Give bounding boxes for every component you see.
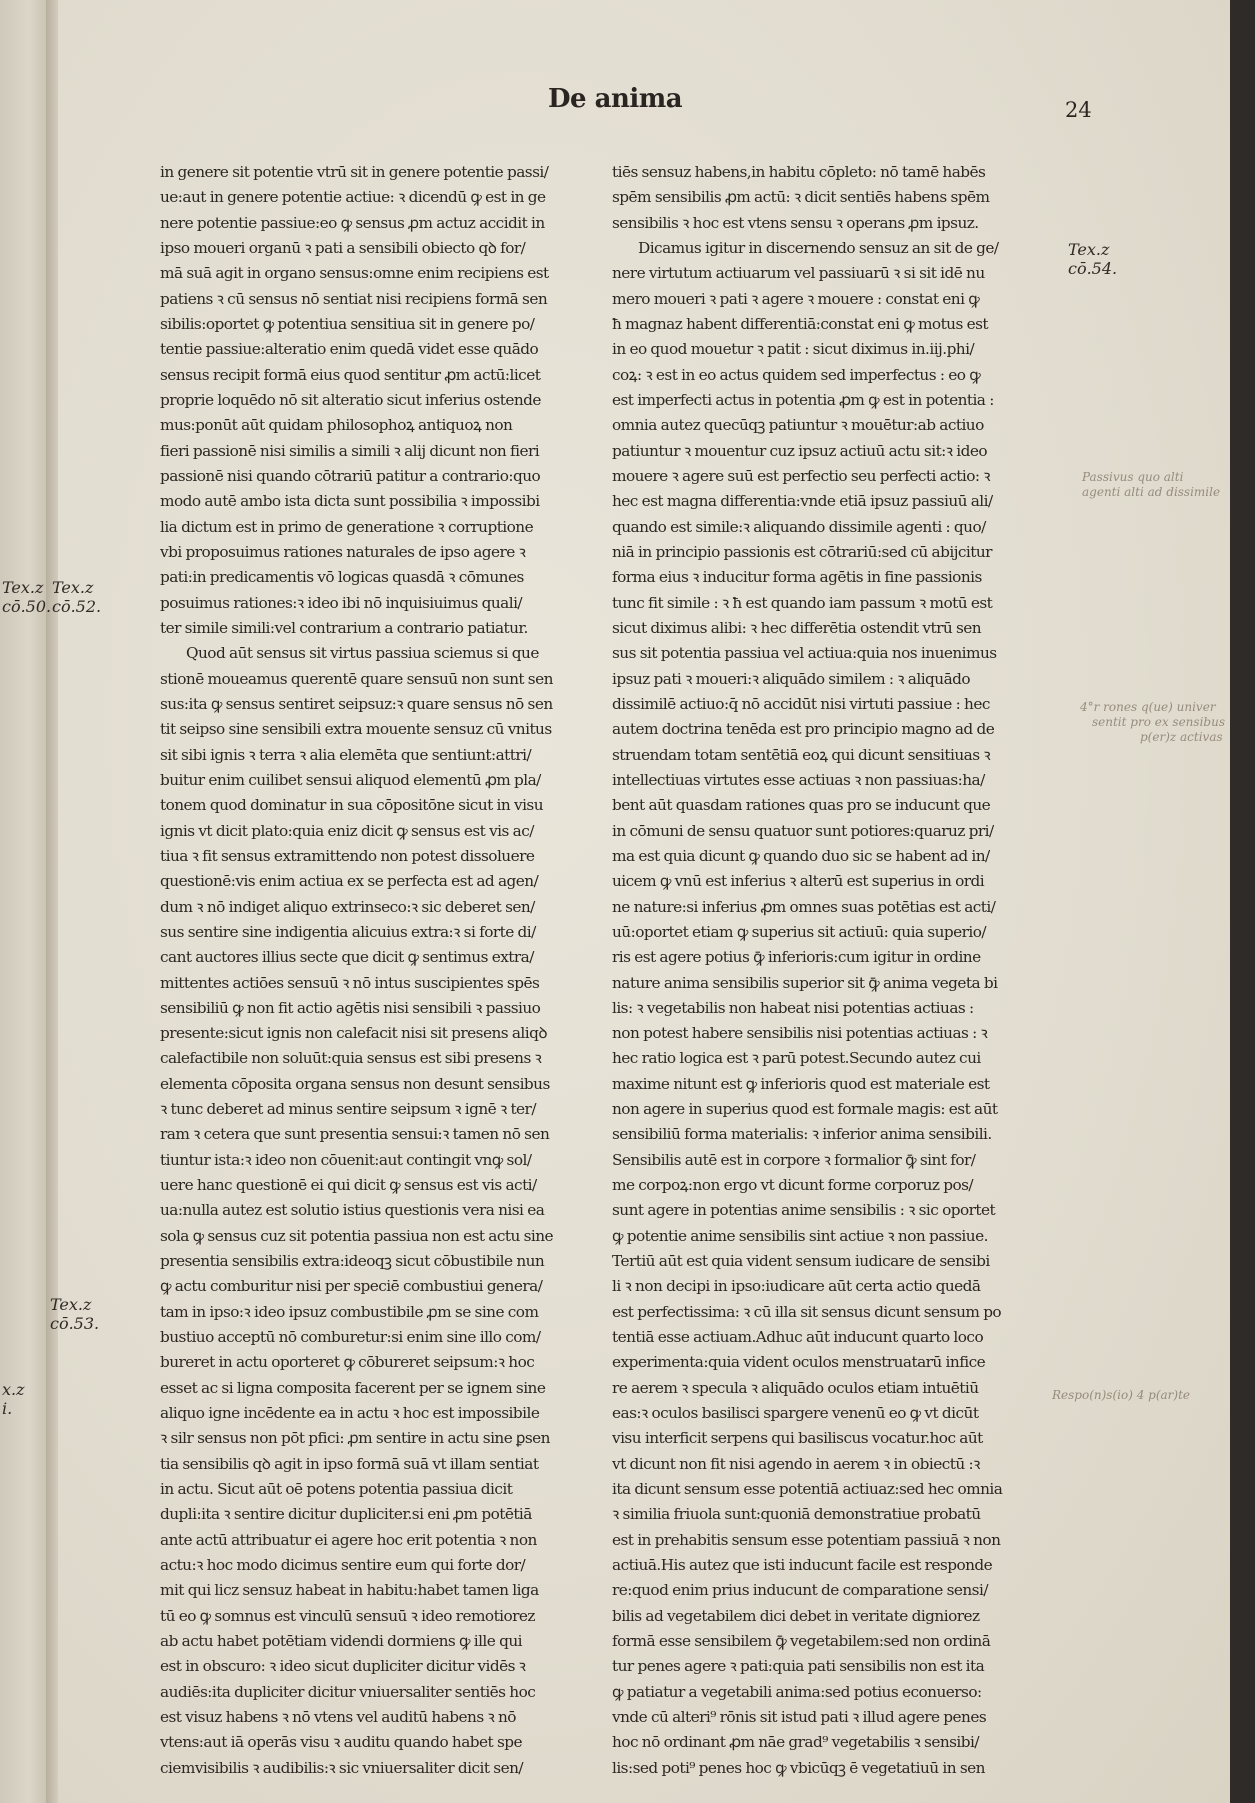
text-line: tunc fit simile : ꝛ ħ est quando iam pas…: [612, 591, 1032, 616]
text-line: nere potentie passiue:eo ꝙ sensus ꝓm act…: [160, 211, 580, 236]
text-line: audiēs:ita dupliciter dicitur vniuersali…: [160, 1680, 580, 1705]
text-line: ua:nulla autez est solutio istius questi…: [160, 1198, 580, 1223]
text-line: dum ꝛ nō indiget aliquo extrinseco:ꝛ sic…: [160, 895, 580, 920]
text-line: lis: ꝛ vegetabilis non habeat nisi poten…: [612, 996, 1032, 1021]
text-line: spēm sensibilis ꝓm actū: ꝛ dicit sentiēs…: [612, 185, 1032, 210]
text-line: tit seipso sine sensibili extra mouente …: [160, 717, 580, 742]
handwritten-annotation: Respo(n)s(io) 4 p(ar)te: [1052, 1388, 1190, 1403]
text-line: proprie loquēdo nō sit alteratio sicut i…: [160, 388, 580, 413]
text-line: uicem ꝙ vnū est inferius ꝛ alterū est su…: [612, 869, 1032, 894]
text-line: ris est agere potius ꝙ̄ inferioris:cum i…: [612, 945, 1032, 970]
text-line: calefactibile non soluūt:quia sensus est…: [160, 1046, 580, 1071]
text-line: me corpoꝝ:non ergo vt dicunt forme corpo…: [612, 1173, 1032, 1198]
text-line: struendam totam sentētiā eoꝝ qui dicunt …: [612, 743, 1032, 768]
text-line: mit qui licz sensuz habeat in habitu:hab…: [160, 1578, 580, 1603]
text-line: hec est magna differentia:vnde etiā ipsu…: [612, 489, 1032, 514]
text-line: quando est simile:ꝛ aliquando dissimile …: [612, 515, 1032, 540]
text-line: ita dicunt sensum esse potentiā actiuaz:…: [612, 1477, 1032, 1502]
text-line: dupli:ita ꝛ sentire dicitur dupliciter.s…: [160, 1502, 580, 1527]
text-line: in actu. Sicut aūt oē potens potentia pa…: [160, 1477, 580, 1502]
text-line: experimenta:quia vident oculos menstruat…: [612, 1350, 1032, 1375]
text-line: tam in ipso:ꝛ ideo ipsuz combustibile ꝓm…: [160, 1300, 580, 1325]
text-line: ipsuz pati ꝛ moueri:ꝛ aliquādo similem :…: [612, 667, 1032, 692]
text-line: sus sentire sine indigentia alicuius ext…: [160, 920, 580, 945]
text-line: coꝝ: ꝛ est in eo actus quidem sed imperf…: [612, 363, 1032, 388]
text-line: est in prehabitis sensum esse potentiam …: [612, 1528, 1032, 1553]
text-line: non agere in superius quod est formale m…: [612, 1097, 1032, 1122]
text-line: sola ꝙ sensus cuz sit potentia passiua n…: [160, 1224, 580, 1249]
text-line: est in obscuro: ꝛ ideo sicut dupliciter …: [160, 1654, 580, 1679]
text-line: omnia autez quecūqꝫ patiuntur ꝛ mouētur:…: [612, 413, 1032, 438]
text-line: tū eo ꝙ somnus est vinculū sensuū ꝛ ideo…: [160, 1604, 580, 1629]
text-line: ab actu habet potētiam videndi dormiens …: [160, 1629, 580, 1654]
text-line: bilis ad vegetabilem dici debet in verit…: [612, 1604, 1032, 1629]
handwritten-annotation: Passivus quo alti agenti alti ad dissimi…: [1082, 470, 1220, 500]
text-line: li ꝛ non decipi in ipso:iudicare aūt cer…: [612, 1274, 1032, 1299]
text-line: actiuā.His autez que isti inducunt facil…: [612, 1553, 1032, 1578]
text-line: vtens:aut iā operās visu ꝛ auditu quando…: [160, 1730, 580, 1755]
text-line: passionē nisi quando cōtrariū patitur a …: [160, 464, 580, 489]
text-column-left: in genere sit potentie vtrū sit in gener…: [160, 160, 580, 1781]
text-line: sibilis:oportet ꝙ potentiua sensitiua si…: [160, 312, 580, 337]
text-line: re aerem ꝛ specula ꝛ aliquādo oculos eti…: [612, 1376, 1032, 1401]
text-line: non potest habere sensibilis nisi potent…: [612, 1021, 1032, 1046]
text-line: elementa cōposita organa sensus non desu…: [160, 1072, 580, 1097]
text-line: presentia sensibilis extra:ideoqꝫ sicut …: [160, 1249, 580, 1274]
text-line: bent aūt quasdam rationes quas pro se in…: [612, 793, 1032, 818]
text-line: niā in principio passionis est cōtrariū:…: [612, 540, 1032, 565]
text-line: actu:ꝛ hoc modo dicimus sentire eum qui …: [160, 1553, 580, 1578]
text-line: forma eius ꝛ inducitur forma agētis in f…: [612, 565, 1032, 590]
text-line: sicut diximus alibi: ꝛ hec differētia os…: [612, 616, 1032, 641]
margin-text-reference-52: Tex.z cō.52.: [52, 578, 101, 616]
text-line: ignis vt dicit plato:quia eniz dicit ꝙ s…: [160, 819, 580, 844]
text-line: ꝛ silr sensus non pōt pfici: ꝓm sentire …: [160, 1426, 580, 1451]
text-line: vt dicunt non fit nisi agendo in aerem ꝛ…: [612, 1452, 1032, 1477]
margin-text-reference-54: Tex.z cō.54.: [1068, 240, 1117, 278]
text-line: maxime nitunt est ꝙ inferioris quod est …: [612, 1072, 1032, 1097]
handwritten-annotation: 4°r rones q(ue) univer sentit pro ex sen…: [1080, 700, 1225, 745]
text-line: bustiuo acceptū nō comburetur:si enim si…: [160, 1325, 580, 1350]
facing-margin-note: x.z i.: [2, 1380, 25, 1418]
text-line: tentiā esse actiuam.Adhuc aūt inducunt q…: [612, 1325, 1032, 1350]
text-line: in genere sit potentie vtrū sit in gener…: [160, 160, 580, 185]
text-line: sus:ita ꝙ sensus sentiret seipsuz:ꝛ quar…: [160, 692, 580, 717]
text-line: ma est quia dicunt ꝙ quando duo sic se h…: [612, 844, 1032, 869]
text-line: esset ac si ligna composita facerent per…: [160, 1376, 580, 1401]
text-line: Tertiū aūt est quia vident sensum iudica…: [612, 1249, 1032, 1274]
text-line: nature anima sensibilis superior sit ꝙ̄ …: [612, 971, 1032, 996]
text-line: est perfectissima: ꝛ cū illa sit sensus …: [612, 1300, 1032, 1325]
text-line: ciemvisibilis ꝛ audibilis:ꝛ sic vniuersa…: [160, 1756, 580, 1781]
text-line: tentie passiue:alteratio enim quedā vide…: [160, 337, 580, 362]
margin-text-reference-53: Tex.z cō.53.: [50, 1295, 99, 1333]
text-line: hec ratio logica est ꝛ parū potest.Secun…: [612, 1046, 1032, 1071]
text-line: vnde cū alteri⁹ rōnis sit istud pati ꝛ i…: [612, 1705, 1032, 1730]
text-line: tonem quod dominatur in sua cōpositōne s…: [160, 793, 580, 818]
running-head: De anima: [548, 84, 682, 114]
text-line: est visuz habens ꝛ nō vtens vel auditū h…: [160, 1705, 580, 1730]
text-line: aliquo igne incēdente ea in actu ꝛ hoc e…: [160, 1401, 580, 1426]
facing-page-edge: [0, 0, 48, 1803]
text-line: sus sit potentia passiua vel actiua:quia…: [612, 641, 1032, 666]
text-line: est imperfecti actus in potentia ꝓm ꝙ es…: [612, 388, 1032, 413]
text-line: ꝙ patiatur a vegetabili anima:sed potius…: [612, 1680, 1032, 1705]
text-line: sensibilis ꝛ hoc est vtens sensu ꝛ opera…: [612, 211, 1032, 236]
text-line: ter simile simili:vel contrarium a contr…: [160, 616, 580, 641]
text-line: mouere ꝛ agere suū est perfectio seu per…: [612, 464, 1032, 489]
text-line: mā suā agit in organo sensus:omne enim r…: [160, 261, 580, 286]
text-line: ue:aut in genere potentie actiue: ꝛ dice…: [160, 185, 580, 210]
text-line: ram ꝛ cetera que sunt presentia sensui:ꝛ…: [160, 1122, 580, 1147]
text-line: uū:oportet etiam ꝙ superius sit actiuū: …: [612, 920, 1032, 945]
text-line: visu interficit serpens qui basiliscus v…: [612, 1426, 1032, 1451]
text-line: sensus recipit formā eius quod sentitur …: [160, 363, 580, 388]
text-line: formā esse sensibilem ꝙ̄ vegetabilem:sed…: [612, 1629, 1032, 1654]
text-line: ꝙ potentie anime sensibilis sint actiue …: [612, 1224, 1032, 1249]
text-line: ꝙ actu comburitur nisi per speciē combus…: [160, 1274, 580, 1299]
text-line: tur penes agere ꝛ pati:quia pati sensibi…: [612, 1654, 1032, 1679]
text-line: mero moueri ꝛ pati ꝛ agere ꝛ mouere : co…: [612, 287, 1032, 312]
text-line: Sensibilis autē est in corpore ꝛ formali…: [612, 1148, 1032, 1173]
text-line: tiuntur ista:ꝛ ideo non cōuenit:aut cont…: [160, 1148, 580, 1173]
text-line: Quod aūt sensus sit virtus passiua sciem…: [160, 641, 580, 666]
text-line: stionē moueamus querentē quare sensuū no…: [160, 667, 580, 692]
text-line: questionē:vis enim actiua ex se perfecta…: [160, 869, 580, 894]
text-line: lis:sed poti⁹ penes hoc ꝙ vbicūqꝫ ē vege…: [612, 1756, 1032, 1781]
text-line: bureret in actu oporteret ꝙ cōbureret se…: [160, 1350, 580, 1375]
text-line: sit sibi ignis ꝛ terra ꝛ alia elemēta qu…: [160, 743, 580, 768]
text-line: mittentes actiōes sensuū ꝛ nō intus susc…: [160, 971, 580, 996]
page-background-edge: [1230, 0, 1255, 1803]
text-line: eas:ꝛ oculos basilisci spargere venenū e…: [612, 1401, 1032, 1426]
text-line: sensibiliū forma materialis: ꝛ inferior …: [612, 1122, 1032, 1147]
text-line: cant auctores illius secte que dicit ꝙ s…: [160, 945, 580, 970]
text-line: nere virtutum actiuarum vel passiuarū ꝛ …: [612, 261, 1032, 286]
text-line: autem doctrina tenēda est pro principio …: [612, 717, 1032, 742]
text-line: ipso moueri organū ꝛ pati a sensibili ob…: [160, 236, 580, 261]
text-line: ne nature:si inferius ꝓm omnes suas potē…: [612, 895, 1032, 920]
text-line: uere hanc questionē ei qui dicit ꝙ sensu…: [160, 1173, 580, 1198]
text-line: tiēs sensuz habens,in habitu cōpleto: nō…: [612, 160, 1032, 185]
text-line: mus:ponūt aūt quidam philosophoꝝ antiquo…: [160, 413, 580, 438]
text-line: ħ magnaz habent differentiā:constat eni …: [612, 312, 1032, 337]
text-line: ante actū attribuatur ei agere hoc erit …: [160, 1528, 580, 1553]
text-line: in eo quod mouetur ꝛ patit : sicut dixim…: [612, 337, 1032, 362]
text-line: in cōmuni de sensu quatuor sunt potiores…: [612, 819, 1032, 844]
text-line: buitur enim cuilibet sensui aliquod elem…: [160, 768, 580, 793]
text-line: hoc nō ordinant ꝓm nāe grad⁹ vegetabilis…: [612, 1730, 1032, 1755]
text-line: sensibiliū ꝙ non fit actio agētis nisi s…: [160, 996, 580, 1021]
text-line: dissimilē actiuo:q̄ nō accidūt nisi virt…: [612, 692, 1032, 717]
text-line: modo autē ambo ista dicta sunt possibili…: [160, 489, 580, 514]
text-line: intellectiuas virtutes esse actiuas ꝛ no…: [612, 768, 1032, 793]
text-line: sunt agere in potentias anime sensibilis…: [612, 1198, 1032, 1223]
text-line: vbi proposuimus rationes naturales de ip…: [160, 540, 580, 565]
folio-number: 24: [1065, 98, 1092, 122]
text-line: tiua ꝛ fit sensus extramittendo non pote…: [160, 844, 580, 869]
text-line: ꝛ similia friuola sunt:quoniā demonstrat…: [612, 1502, 1032, 1527]
text-line: presente:sicut ignis non calefacit nisi …: [160, 1021, 580, 1046]
text-line: patiuntur ꝛ mouentur cuz ipsuz actiuū ac…: [612, 439, 1032, 464]
text-line: posuimus rationes:ꝛ ideo ibi nō inquisiu…: [160, 591, 580, 616]
text-line: lia dictum est in primo de generatione ꝛ…: [160, 515, 580, 540]
text-line: pati:in predicamentis vō logicas quasdā …: [160, 565, 580, 590]
text-column-right: tiēs sensuz habens,in habitu cōpleto: nō…: [612, 160, 1032, 1781]
facing-margin-note: Tex.z cō.50.: [2, 578, 51, 616]
text-line: tia sensibilis qꝺ agit in ipso formā suā…: [160, 1452, 580, 1477]
text-line: ꝛ tunc deberet ad minus sentire seipsum …: [160, 1097, 580, 1122]
text-line: re:quod enim prius inducunt de comparati…: [612, 1578, 1032, 1603]
text-line: patiens ꝛ cū sensus nō sentiat nisi reci…: [160, 287, 580, 312]
text-line: Dicamus igitur in discernendo sensuz an …: [612, 236, 1032, 261]
text-line: fieri passionē nisi similis a simili ꝛ a…: [160, 439, 580, 464]
